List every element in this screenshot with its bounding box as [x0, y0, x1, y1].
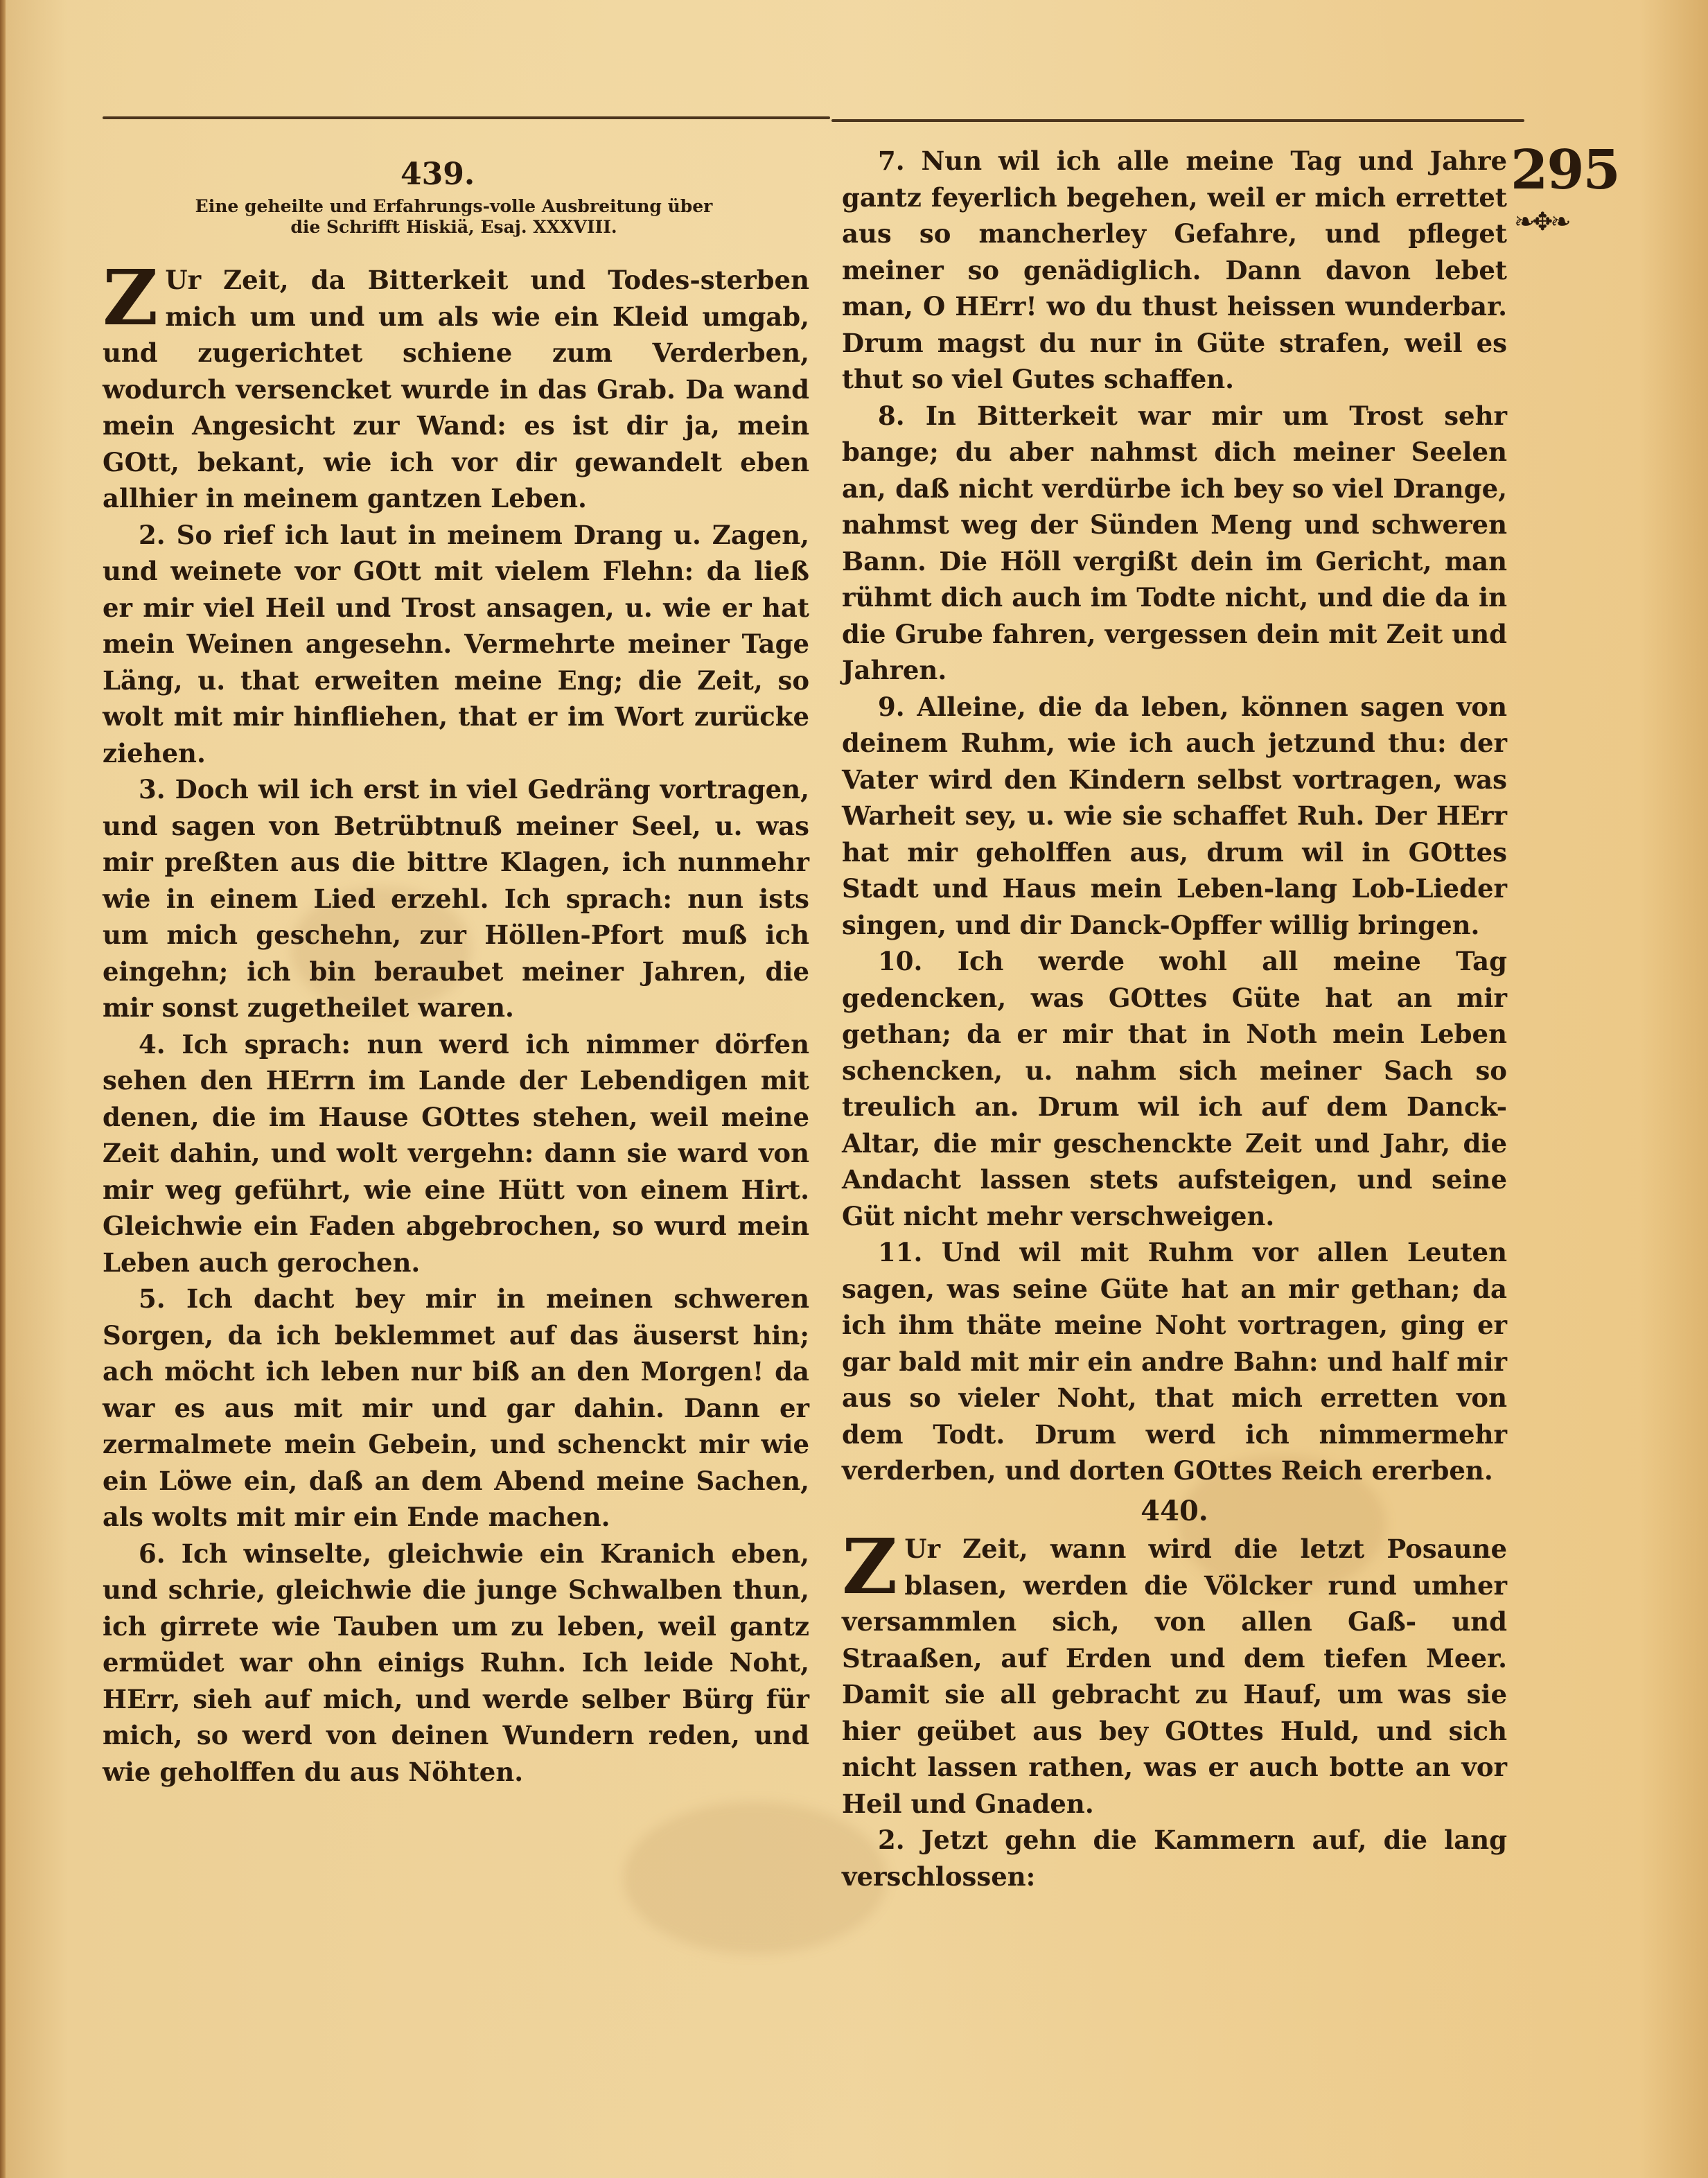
left-column-text: ZUr Zeit, da Bitterkeit und Todes-sterbe… — [103, 262, 809, 1790]
hymn-439-verse-7: 7. Nun wil ich alle meine Tag und Jahre … — [842, 143, 1507, 398]
verse-text: Alleine, die da leben, können sagen von … — [842, 692, 1507, 940]
verse-number: 2. — [878, 1825, 905, 1855]
hymn-439-verse-8: 8. In Bitterkeit war mir um Trost sehr b… — [842, 398, 1507, 689]
hymn-439-verse-2: 2. So rief ich laut in meinem Drang u. Z… — [103, 517, 809, 772]
hymn-440-number: 440. — [842, 1493, 1507, 1530]
hymn-439-verse-10: 10. Ich werde wohl all meine Tag gedenck… — [842, 943, 1507, 1234]
verse-text: So rief ich laut in meinem Drang u. Zage… — [103, 520, 809, 769]
header-rule-left — [103, 116, 830, 119]
page-spine-edge — [0, 0, 6, 2178]
verse-number: 10. — [878, 946, 922, 976]
hymn-439-title-line2: die Schrifft Hiskiä, Esaj. XXXVIII. — [97, 217, 811, 238]
verse-number: 2. — [139, 520, 166, 550]
verse-number: 3. — [139, 774, 166, 805]
hymn-439-verse-1: ZUr Zeit, da Bitterkeit und Todes-sterbe… — [103, 262, 809, 517]
hymn-439-number: 439. — [400, 157, 475, 192]
verse-number: 6. — [139, 1538, 166, 1569]
hymn-440-verse-1: ZUr Zeit, wann wird die letzt Posaune bl… — [842, 1531, 1507, 1822]
verse-number: 9. — [878, 692, 905, 722]
verse-text: Ich sprach: nun werd ich nimmer dörfen s… — [103, 1029, 809, 1278]
verse-text: Ich winselte, gleichwie ein Kranich eben… — [103, 1538, 809, 1787]
verse-text: Doch wil ich erst in viel Gedräng vortra… — [103, 774, 809, 1023]
hymn-439-verse-5: 5. Ich dacht bey mir in meinen schweren … — [103, 1281, 809, 1536]
verse-text: Jetzt gehn die Kammern auf, die lang ver… — [842, 1825, 1507, 1892]
header-rule-right — [831, 119, 1524, 122]
verse-number: 5. — [139, 1283, 166, 1314]
verse-number: 7. — [878, 146, 905, 176]
verse-number: 8. — [878, 401, 905, 431]
verse-text: Ich werde wohl all meine Tag gedencken, … — [842, 946, 1507, 1231]
verse-number: 11. — [878, 1237, 922, 1267]
verse-number: 4. — [139, 1029, 166, 1060]
printer-ornament: ❧✥❧ — [1514, 208, 1569, 236]
hymn-439-verse-3: 3. Doch wil ich erst in viel Gedräng vor… — [103, 771, 809, 1026]
hymn-439-verse-11: 11. Und wil mit Ruhm vor allen Leuten sa… — [842, 1234, 1507, 1489]
page-number: 295 — [1511, 139, 1619, 202]
verse-text: In Bitterkeit war mir um Trost sehr bang… — [842, 401, 1507, 686]
verse-text: Und wil mit Ruhm vor allen Leuten sagen,… — [842, 1237, 1507, 1486]
hymn-439-title: Eine geheilte und Erfahrungs-volle Ausbr… — [97, 196, 811, 238]
hymn-439-verse-9: 9. Alleine, die da leben, können sagen v… — [842, 689, 1507, 944]
hymn-439-verse-6: 6. Ich winselte, gleichwie ein Kranich e… — [103, 1536, 809, 1791]
hymn-439-title-line1: Eine geheilte und Erfahrungs-volle Ausbr… — [97, 196, 811, 217]
hymn-440-verse-2: 2. Jetzt gehn die Kammern auf, die lang … — [842, 1822, 1507, 1895]
verse-text: Nun wil ich alle meine Tag und Jahre gan… — [842, 146, 1507, 394]
book-page: 295 ❧✥❧ 439. Eine geheilte und Erfahrung… — [0, 0, 1708, 2178]
verse-text: Ich dacht bey mir in meinen schweren Sor… — [103, 1283, 809, 1532]
right-column-text: 7. Nun wil ich alle meine Tag und Jahre … — [842, 143, 1507, 1895]
hymn-439-verse-4: 4. Ich sprach: nun werd ich nimmer dörfe… — [103, 1026, 809, 1281]
